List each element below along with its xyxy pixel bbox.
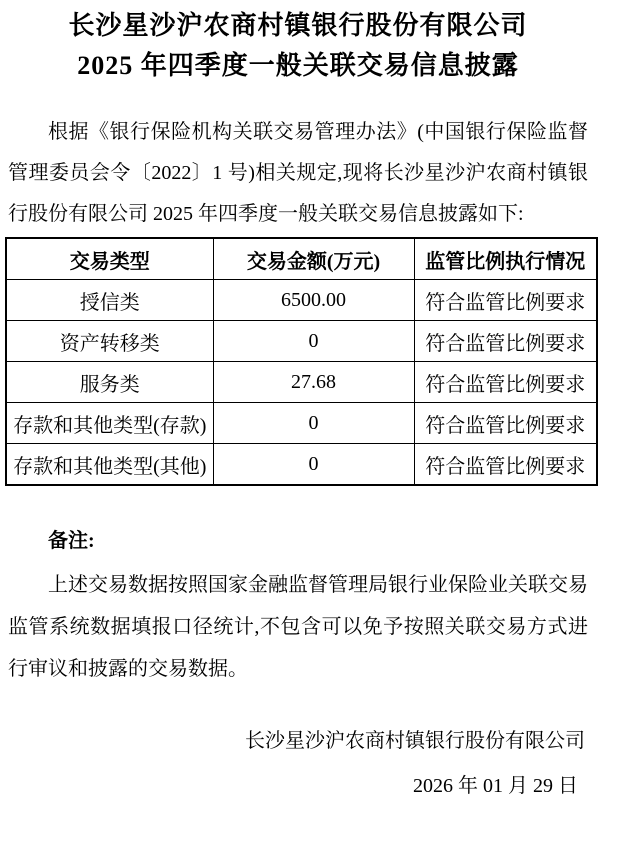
cell-transaction-amount: 0 (213, 444, 414, 486)
document-title: 长沙星沙沪农商村镇银行股份有限公司 2025 年四季度一般关联交易信息披露 (8, 6, 588, 86)
note-label: 备注: (8, 526, 588, 556)
table-row: 资产转移类 0 符合监管比例要求 (6, 321, 597, 362)
cell-transaction-amount: 0 (213, 321, 414, 362)
disclosure-document-page: 长沙星沙沪农商村镇银行股份有限公司 2025 年四季度一般关联交易信息披露 根据… (0, 0, 628, 849)
table-row: 存款和其他类型(其他) 0 符合监管比例要求 (6, 444, 597, 486)
cell-transaction-type: 存款和其他类型(存款) (6, 403, 213, 444)
cell-regulatory-ratio-status: 符合监管比例要求 (414, 321, 597, 362)
cell-transaction-type: 服务类 (6, 362, 213, 403)
cell-regulatory-ratio-status: 符合监管比例要求 (414, 403, 597, 444)
header-cell-transaction-amount: 交易金额(万元) (213, 238, 414, 280)
cell-transaction-type: 授信类 (6, 280, 213, 321)
cell-transaction-amount: 27.68 (213, 362, 414, 403)
cell-transaction-type: 资产转移类 (6, 321, 213, 362)
table-row: 服务类 27.68 符合监管比例要求 (6, 362, 597, 403)
table-row: 存款和其他类型(存款) 0 符合监管比例要求 (6, 403, 597, 444)
signature-company-name: 长沙星沙沪农商村镇银行股份有限公司 (0, 726, 628, 756)
cell-regulatory-ratio-status: 符合监管比例要求 (414, 444, 597, 486)
related-transactions-table: 交易类型 交易金额(万元) 监管比例执行情况 授信类 6500.00 符合监管比… (5, 237, 598, 486)
document-title-line2: 2025 年四季度一般关联交易信息披露 (8, 46, 588, 86)
document-title-line1: 长沙星沙沪农商村镇银行股份有限公司 (8, 6, 588, 46)
header-cell-transaction-type: 交易类型 (6, 238, 213, 280)
cell-regulatory-ratio-status: 符合监管比例要求 (414, 362, 597, 403)
intro-paragraph: 根据《银行保险机构关联交易管理办法》(中国银行保险监督管理委员会令〔2022〕1… (8, 112, 588, 235)
header-cell-regulatory-ratio-status: 监管比例执行情况 (414, 238, 597, 280)
note-paragraph: 上述交易数据按照国家金融监督管理局银行业保险业关联交易监管系统数据填报口径统计,… (8, 564, 588, 690)
cell-transaction-amount: 0 (213, 403, 414, 444)
table-row: 授信类 6500.00 符合监管比例要求 (6, 280, 597, 321)
cell-transaction-type: 存款和其他类型(其他) (6, 444, 213, 486)
cell-transaction-amount: 6500.00 (213, 280, 414, 321)
signature-date: 2026 年 01 月 29 日 (0, 771, 628, 801)
table-header-row: 交易类型 交易金额(万元) 监管比例执行情况 (6, 238, 597, 280)
cell-regulatory-ratio-status: 符合监管比例要求 (414, 280, 597, 321)
